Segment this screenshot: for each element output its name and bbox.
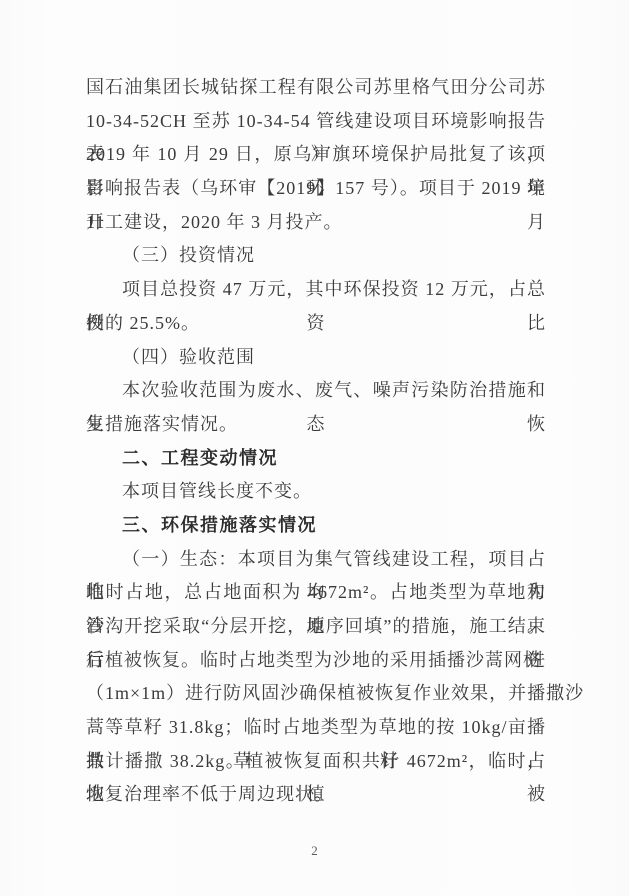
body-line: 共计播撒 38.2kg。植被恢复面积共计 4672m²，临时占地植被 [86,745,546,779]
body-line: 2019 年 10 月 29 日，原乌审旗环境保护局批复了该项目环境 [86,138,546,172]
body-line: （一）生态：本项目为集气管线建设工程，项目占地均为 [86,543,546,577]
heading-section-3: 三、环保措施落实情况 [86,509,546,543]
document-page: 国石油集团长城钻探工程有限公司苏里格气田分公司苏 10-34-52CH 至苏 1… [0,0,629,896]
page-number: 2 [0,842,629,860]
body-line: 本次验收范围为废水、废气、噪声污染防治措施和生态恢 [86,374,546,408]
subheading-investment: （三）投资情况 [86,239,546,273]
body-line: 项目总投资 47 万元，其中环保投资 12 万元，占总投资比 [86,273,546,307]
body-line: 国石油集团长城钻探工程有限公司苏里格气田分公司苏 [86,71,546,105]
body-line: 蒿等草籽 31.8kg；临时占地类型为草地的按 10kg/亩播撒草籽， [86,711,546,745]
body-line: 影响报告表（乌环审【2019】157 号）。项目于 2019 年 11 月 [86,172,546,206]
page-body-text: 国石油集团长城钻探工程有限公司苏里格气田分公司苏 10-34-52CH 至苏 1… [86,71,546,812]
body-line: 临时占地，总占地面积为 4672m²。占地类型为草地和沙地。 [86,576,546,610]
body-line: 行植被恢复。临时占地类型为沙地的采用插播沙蒿网格 [86,644,546,678]
body-line: 10-34-52CH 至苏 10-34-54 管线建设项目环境影响报告表》， [86,105,546,139]
heading-section-2: 二、工程变动情况 [86,442,546,476]
body-line: 管沟开挖采取“分层开挖，原序回填”的措施，施工结束后进 [86,610,546,644]
subheading-acceptance-scope: （四）验收范围 [86,341,546,375]
body-line: （1m×1m）进行防风固沙确保植被恢复作业效果，并播撒沙 [86,677,546,711]
body-line: 本项目管线长度不变。 [86,475,546,509]
